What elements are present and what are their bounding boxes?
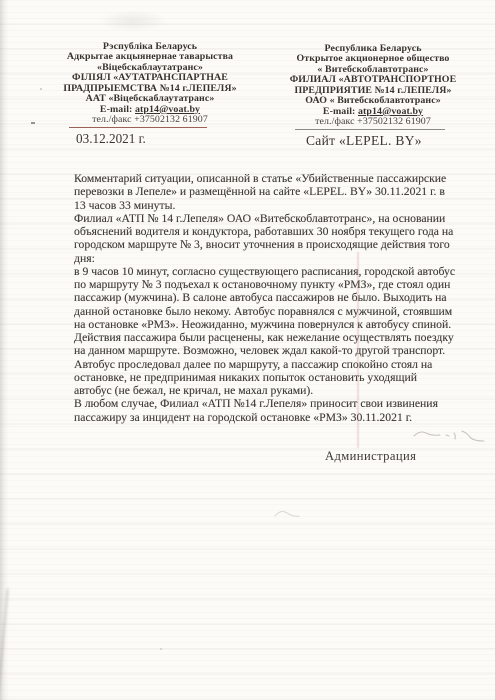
bottom-left-crease (0, 588, 9, 700)
ink-speck (31, 122, 35, 124)
email-address: atp14@voat.by (358, 106, 423, 117)
email-label: E-mail: (100, 104, 133, 115)
divider-rule-left (69, 127, 207, 128)
email-address: atp14@voat.by (135, 104, 200, 115)
pencil-mark (272, 506, 302, 522)
ink-speck (160, 648, 162, 650)
phone-fax-line: тел./факс +37502132 61907 (280, 117, 466, 127)
divider-rule-right (295, 129, 445, 130)
site-reference: Сайт «LEPEL. BY» (306, 133, 422, 149)
phone-fax-line: тел./факс +37502132 61907 (52, 115, 248, 125)
signature-administration: Администрация (325, 449, 416, 464)
letterhead-belarusian: Рэспубліка Беларусь Адкрытае акцыянернае… (52, 42, 248, 126)
top-smudge (98, 10, 168, 32)
letterhead-russian: Республика Беларусь Открытое акционерное… (280, 44, 466, 128)
letter-body: Комментарий ситуации, описанной в статье… (74, 172, 478, 424)
left-edge-crease (0, 0, 9, 700)
ink-speck (40, 88, 42, 90)
pencil-scribble (412, 424, 490, 446)
email-label: E-mail: (323, 106, 356, 117)
document-date: 03.12.2021 г. (76, 131, 146, 147)
scanned-letter-page: Рэспубліка Беларусь Адкрытае акцыянернае… (0, 0, 495, 700)
